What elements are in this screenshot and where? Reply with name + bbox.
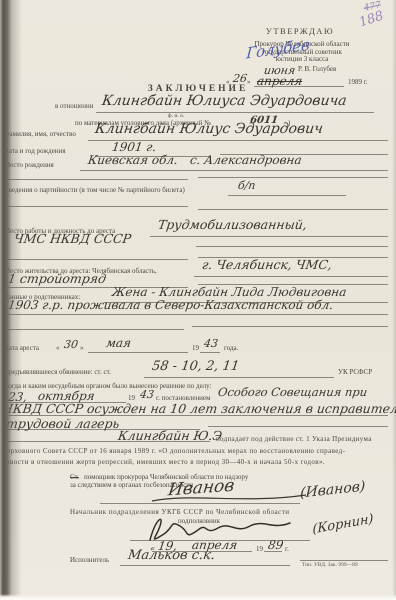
arrest-year-suffix: года. xyxy=(224,345,238,352)
decision-year: 43 xyxy=(139,389,155,400)
re-value: Клингбайн Юлиуса Эдуардовича xyxy=(101,94,348,108)
decree-line3: ливости в отношении жертв репрессий, име… xyxy=(2,459,325,466)
birthplace-value-region: Киевская обл. xyxy=(87,154,179,166)
form-line xyxy=(300,560,388,561)
scan-bottom-edge xyxy=(0,594,396,600)
form-line xyxy=(194,276,388,277)
arrest-month: мая xyxy=(105,337,132,349)
birth-date-value: 1901 г. xyxy=(111,141,157,153)
form-line xyxy=(196,246,388,247)
form-line xyxy=(200,352,220,353)
form-line xyxy=(4,206,188,207)
relatives-value-line1: Жена - Клингбайн Лида Людвиговна xyxy=(111,286,347,298)
prosecutor-signature-flourish xyxy=(150,492,310,504)
kgb-signature xyxy=(140,512,310,544)
approval-name: Р. В. Голубев xyxy=(298,66,336,73)
executor-value: Мальков с.к. xyxy=(127,549,216,562)
party-value: б/п xyxy=(237,180,256,191)
charge-label: Предъявлявшееся обвинение: ст. ст. xyxy=(4,369,111,376)
residence-value-line2: 1 стройотряд xyxy=(7,273,107,286)
form-line xyxy=(120,565,290,566)
arrest-date-label: Дата ареста xyxy=(4,345,39,352)
arrest-day: 30 xyxy=(63,339,79,350)
fio-label: Фамилия, имя, отчество xyxy=(4,131,76,138)
kgb-name: (Корнин) xyxy=(312,513,373,537)
signing-year-prefix: 19 xyxy=(256,546,263,553)
executor-label: Исполнитель xyxy=(70,557,109,564)
scanned-document-page: 477 188 УТВЕРЖДАЮ Прокурор Челябинской о… xyxy=(0,0,396,600)
form-line xyxy=(198,209,388,210)
arrest-quote-close: » xyxy=(80,345,84,352)
form-line xyxy=(4,314,388,315)
decree-line1: подпадает под действие ст. 1 Указа Прези… xyxy=(216,436,372,443)
decision-handwritten-line3: трудовой лагерь xyxy=(5,418,120,431)
form-line xyxy=(198,177,388,178)
form-line xyxy=(228,195,346,196)
form-line xyxy=(4,259,188,260)
approval-title: УТВЕРЖДАЮ xyxy=(240,27,360,36)
print-shop-note: Тип. УВД. Зак. 999—89 xyxy=(302,563,358,569)
form-line xyxy=(4,329,184,330)
form-line xyxy=(150,236,388,237)
decision-handwritten-line2: НКВД СССР осужден на 10 лет заключения в… xyxy=(1,403,396,416)
work-value-line1: Трудмобилизованный, xyxy=(157,219,308,232)
decree-line2: Верховного Совета СССР от 16 января 1989… xyxy=(2,448,345,455)
approval-day: 26 xyxy=(232,73,248,84)
residence-value-line1: г. Челябинск, ЧМС, xyxy=(201,259,333,272)
form-line xyxy=(96,112,374,113)
form-line xyxy=(192,326,388,327)
arrest-year: 43 xyxy=(203,338,219,349)
decision-label: Когда и каким несудебным органом было вы… xyxy=(4,383,212,390)
form-line xyxy=(144,377,334,378)
birth-date-label: Дата и год рождения xyxy=(4,148,66,155)
form-line xyxy=(88,352,188,353)
arrest-year-prefix: 19 xyxy=(192,345,199,352)
fio-value: Клингбайн Юлиус Эдуардович xyxy=(94,122,324,136)
prosecutor-prefix-crossed: Ст. xyxy=(70,474,79,481)
party-label: Сведения о партийности (в том числе № па… xyxy=(4,187,185,194)
work-value-line2: ЧМС НКВД СССР xyxy=(13,233,132,246)
charge-code: УК РСФСР xyxy=(338,369,372,376)
birthplace-value-village: с. Александровна xyxy=(189,154,302,166)
form-line xyxy=(80,170,388,171)
relatives-value-line2: 1903 г.р. проживала в Северо-Казахстанск… xyxy=(7,299,334,311)
charge-value: 58 - 10, 2, 11 xyxy=(151,360,240,373)
corner-number: 188 xyxy=(358,9,386,29)
birthplace-label: Место рождения xyxy=(4,162,54,169)
arrest-quote-open: « xyxy=(56,345,60,352)
re-label: в отношении xyxy=(55,103,94,110)
signing-year-suffix: г. xyxy=(285,546,289,553)
decree-subject-name: Клингбайн Ю.Э xyxy=(117,430,223,443)
form-line xyxy=(208,426,388,427)
decision-handwritten-line1: Особого Совещания при xyxy=(217,387,368,399)
form-line xyxy=(4,179,188,180)
approval-month-crossed: апреля xyxy=(256,75,303,87)
